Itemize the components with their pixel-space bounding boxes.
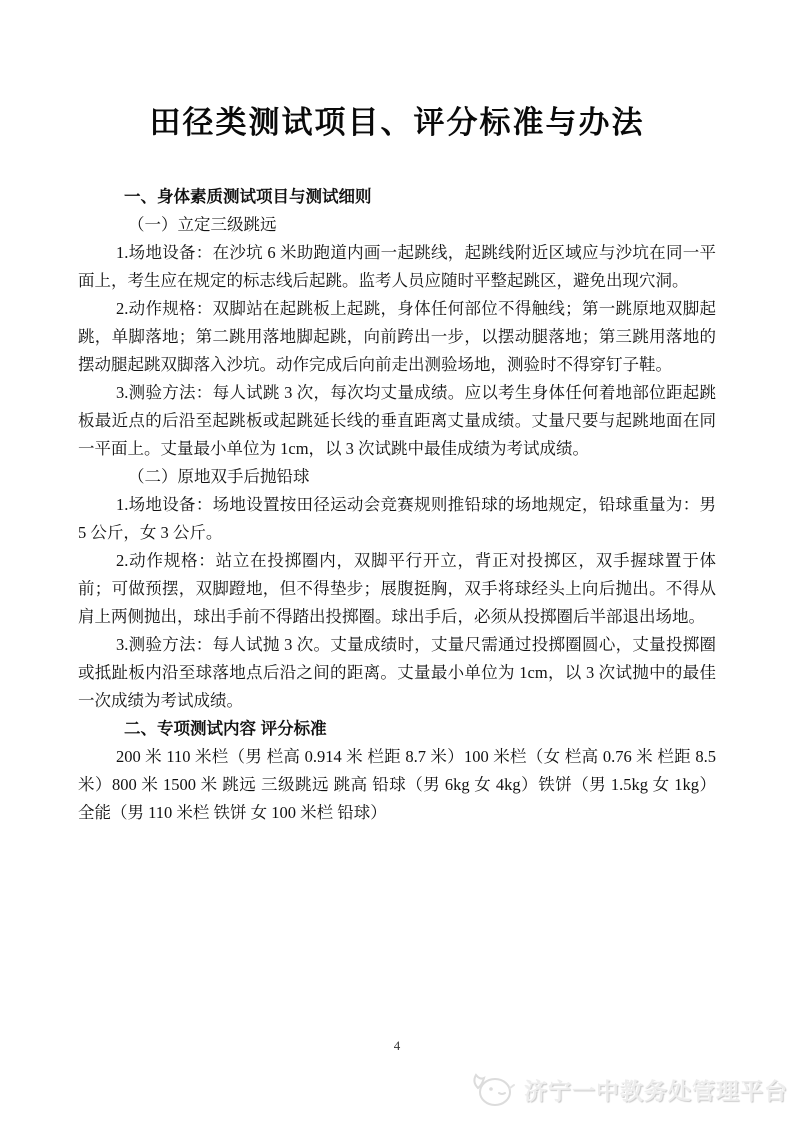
section2-heading: 二、专项测试内容 评分标准 <box>78 715 716 743</box>
events-paragraph: 200 米 110 米栏（男 栏高 0.914 米 栏距 8.7 米）100 米… <box>78 743 716 827</box>
content-area: 田径类测试项目、评分标准与办法 一、身体素质测试项目与测试细则 （一）立定三级跳… <box>78 0 716 827</box>
watermark-text: 济宁一中教务处管理平台 <box>524 1073 788 1106</box>
section1-heading: 一、身体素质测试项目与测试细则 <box>78 183 716 211</box>
page-number: 4 <box>0 1038 794 1054</box>
page-background: 田径类测试项目、评分标准与办法 一、身体素质测试项目与测试细则 （一）立定三级跳… <box>0 0 794 1123</box>
subsection1-heading: （一）立定三级跳远 <box>78 211 716 239</box>
paragraph-venue-equipment-1: 1.场地设备：在沙坑 6 米助跑道内画一起跳线，起跳线附近区域应与沙坑在同一平面… <box>78 239 716 295</box>
paragraph-test-method-2: 3.测验方法：每人试抛 3 次。丈量成绩时，丈量尺需通过投掷圈圆心，丈量投掷圈或… <box>78 631 716 715</box>
paragraph-action-spec-2: 2.动作规格：站立在投掷圈内，双脚平行开立，背正对投掷区，双手握球置于体前；可做… <box>78 547 716 631</box>
mascot-logo-icon <box>466 1068 516 1110</box>
paragraph-venue-equipment-2: 1.场地设备：场地设置按田径运动会竞赛规则推铅球的场地规定，铅球重量为：男 5 … <box>78 491 716 547</box>
subsection2-heading: （二）原地双手后抛铅球 <box>78 463 716 491</box>
document-page: { "document": { "title": "田径类测试项目、评分标准与办… <box>0 0 794 1123</box>
document-title: 田径类测试项目、评分标准与办法 <box>78 104 716 142</box>
watermark: 济宁一中教务处管理平台 <box>466 1068 788 1110</box>
paragraph-action-spec-1: 2.动作规格：双脚站在起跳板上起跳，身体任何部位不得触线；第一跳原地双脚起跳，单… <box>78 295 716 379</box>
paragraph-test-method-1: 3.测验方法：每人试跳 3 次，每次均丈量成绩。应以考生身体任何着地部位距起跳板… <box>78 379 716 463</box>
document-body: 一、身体素质测试项目与测试细则 （一）立定三级跳远 1.场地设备：在沙坑 6 米… <box>78 183 716 827</box>
